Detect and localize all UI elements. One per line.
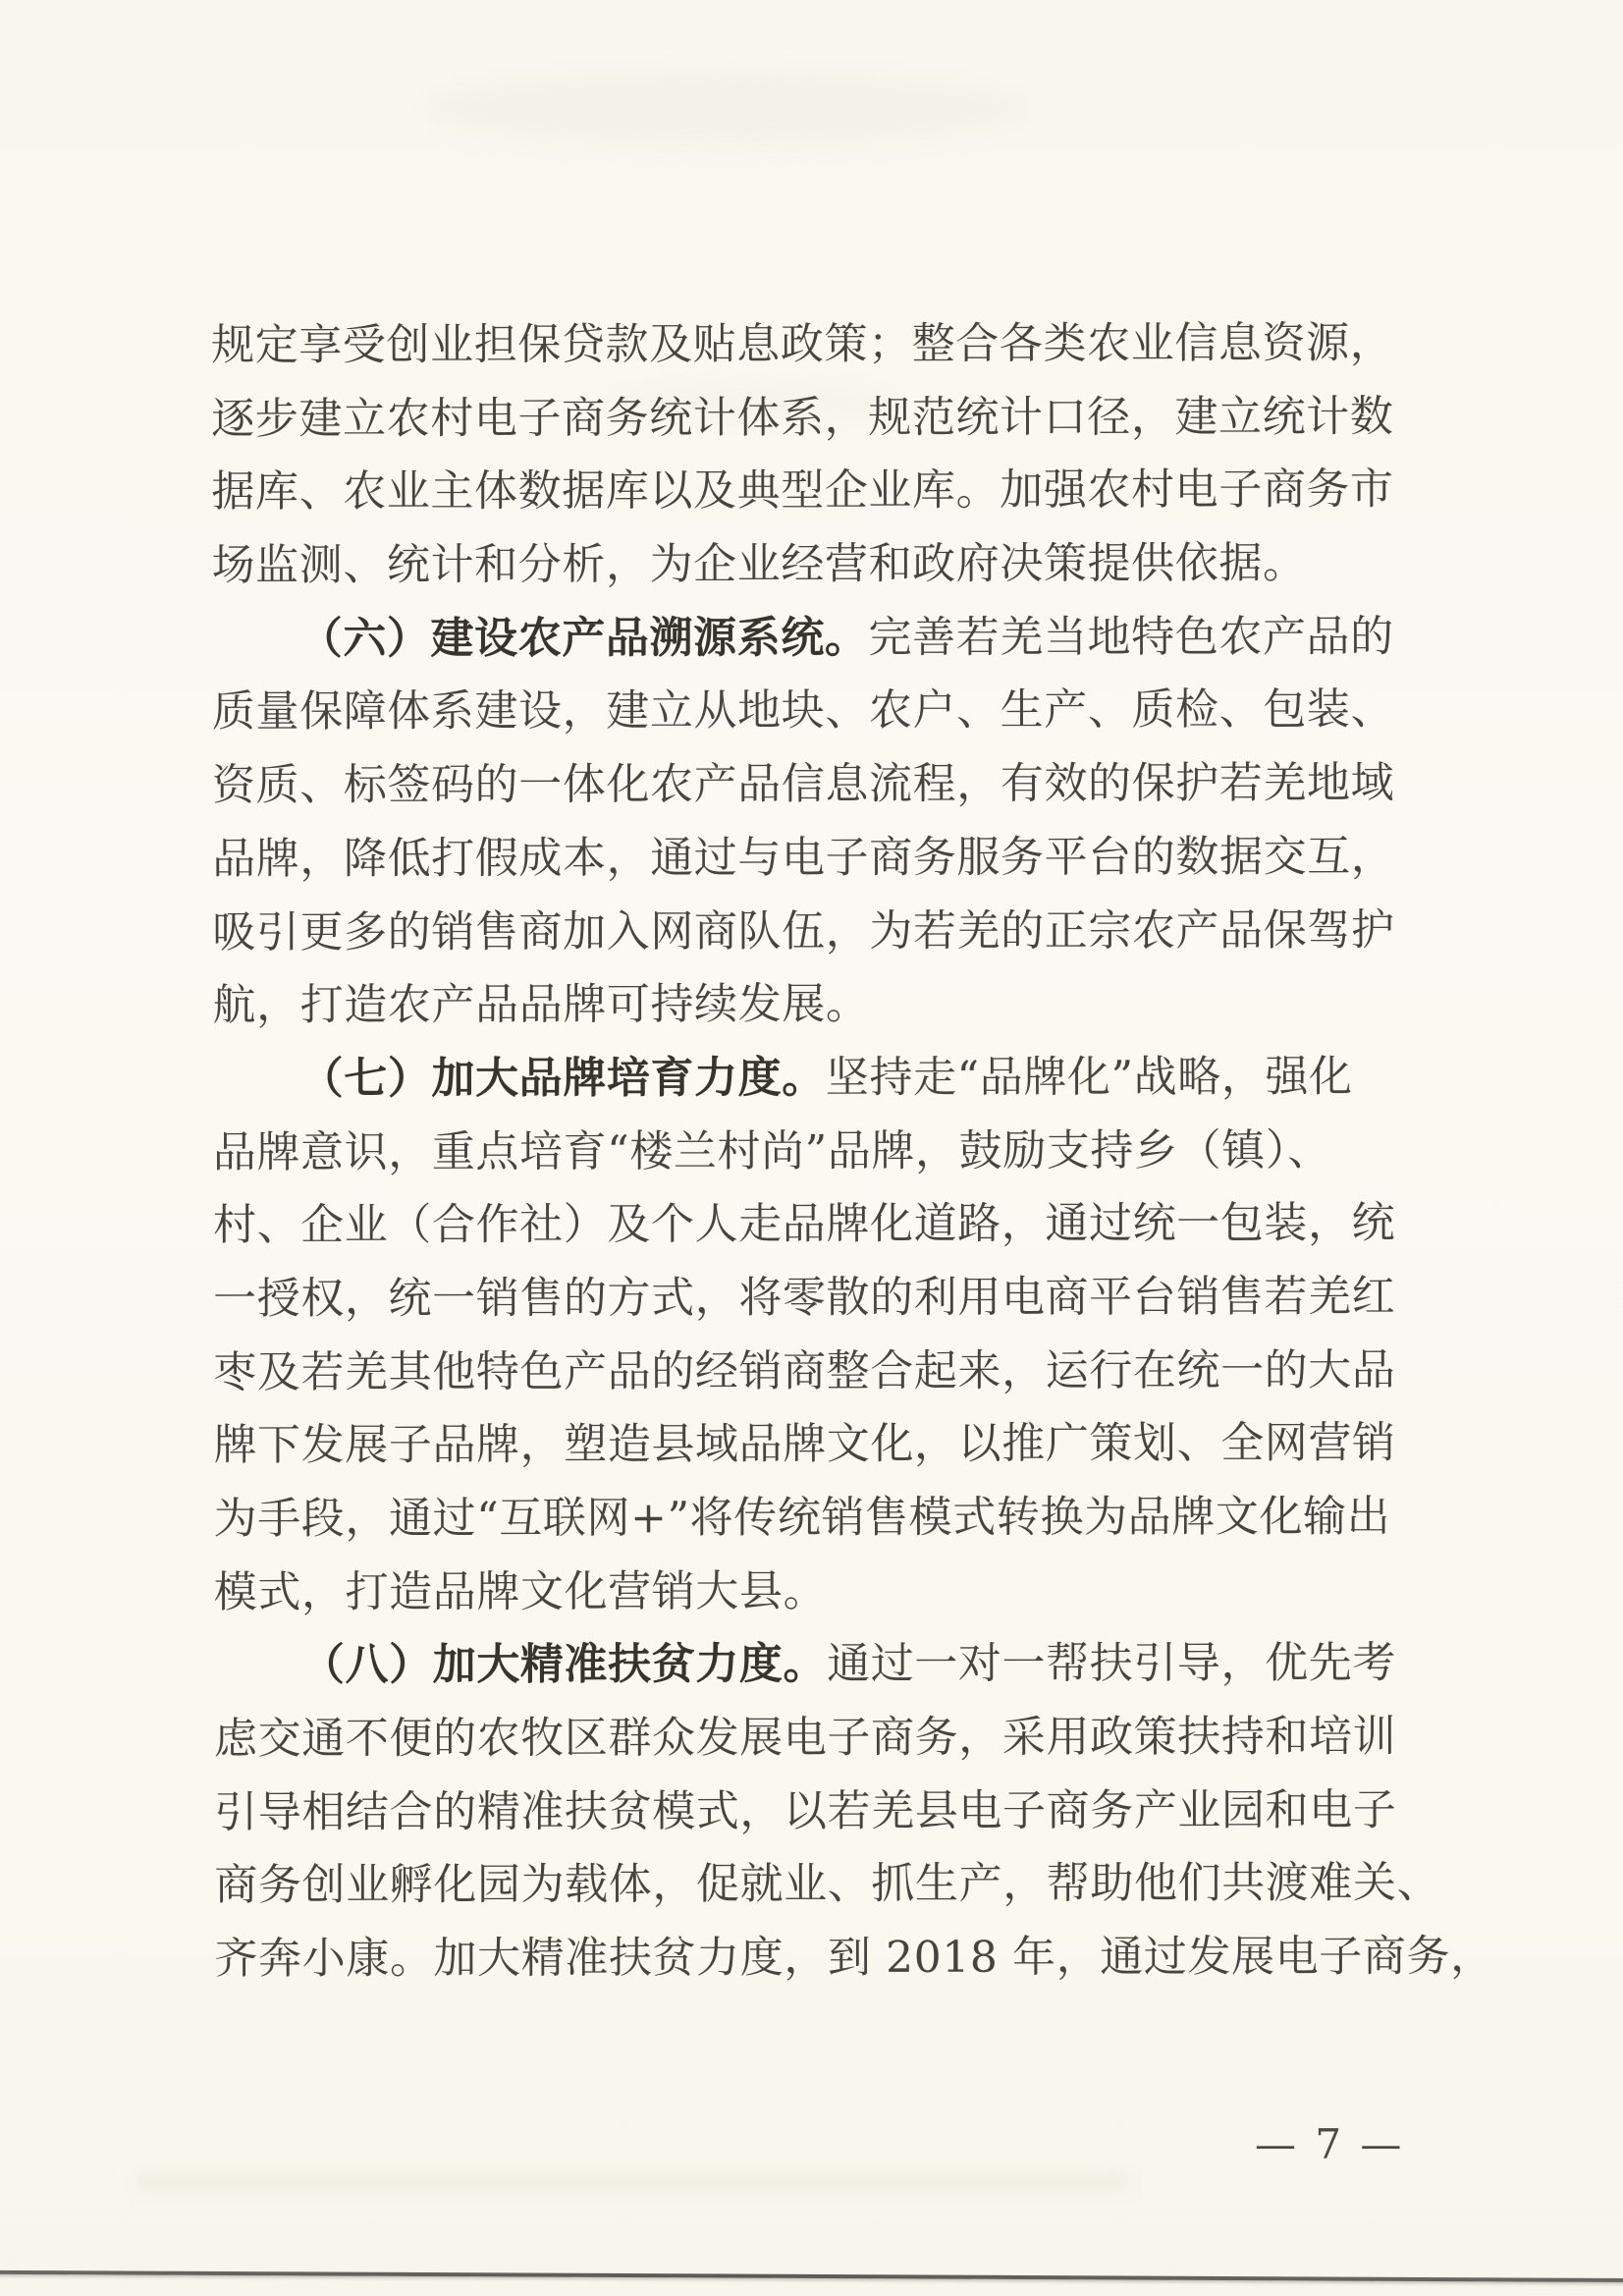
text-line: 品牌意识，重点培育“楼兰村尚”品牌，鼓励支持乡（镇）、 — [213, 1114, 1440, 1189]
item-7-heading: （七）加大品牌培育力度。 — [300, 1053, 826, 1104]
text-line: 航，打造农产品品牌可持续发展。 — [212, 967, 1439, 1043]
text-line: 村、企业（合作社）及个人走品牌化道路，通过统一包装，统 — [213, 1187, 1440, 1263]
text-line: 质量保障体系建设，建立从地块、农户、生产、质检、包装、 — [212, 674, 1439, 749]
text-line: （七）加大品牌培育力度。坚持走“品牌化”战略，强化 — [213, 1041, 1440, 1117]
text-line: 规定享受创业担保贷款及贴息政策；整合各类农业信息资源， — [211, 307, 1438, 383]
text-line: 模式，打造品牌文化营销大县。 — [214, 1554, 1441, 1629]
text-line: 为手段，通过“互联网+”将传统销售模式转换为品牌文化输出 — [214, 1481, 1441, 1557]
page-number: — 7 — — [1255, 2115, 1404, 2174]
paragraph-item-7: （七）加大品牌培育力度。坚持走“品牌化”战略，强化 品牌意识，重点培育“楼兰村尚… — [213, 1041, 1441, 1630]
text-line: 场监测、统计和分析，为企业经营和政府决策提供依据。 — [211, 527, 1438, 603]
paragraph-item-6: （六）建设农产品溯源系统。完善若羌当地特色农产品的 质量保障体系建设，建立从地块… — [212, 600, 1440, 1043]
text-line: 引导相结合的精准扶贫模式，以若羌县电子商务产业园和电子 — [214, 1774, 1441, 1849]
page-bottom-edge — [0, 2270, 1623, 2282]
text-line: 枣及若羌其他特色产品的经销商整合起来，运行在统一的大品 — [213, 1334, 1440, 1409]
text-line: 一授权，统一销售的方式，将零散的利用电商平台销售若羌红 — [213, 1261, 1440, 1337]
text-line: 商务创业孵化园为载体，促就业、抓生产，帮助他们共渡难关、 — [214, 1847, 1441, 1923]
body-text: 规定享受创业担保贷款及贴息政策；整合各类农业信息资源， 逐步建立农村电子商务统计… — [211, 307, 1442, 1996]
scan-artifact — [422, 69, 1031, 147]
text-line: 虑交通不便的农牧区群众发展电子商务，采用政策扶持和培训 — [214, 1701, 1441, 1777]
text-line: （六）建设农产品溯源系统。完善若羌当地特色农产品的 — [212, 600, 1439, 676]
item-6-heading: （六）建设农产品溯源系统。 — [299, 613, 869, 664]
text-line: 资质、标签码的一体化农产品信息流程，有效的保护若羌地域 — [212, 747, 1439, 823]
paragraph-item-8: （八）加大精准扶贫力度。通过一对一帮扶引导，优先考 虑交通不便的农牧区群众发展电… — [214, 1627, 1442, 1996]
text-line: （八）加大精准扶贫力度。通过一对一帮扶引导，优先考 — [214, 1627, 1441, 1703]
paragraph-continuation: 规定享受创业担保贷款及贴息政策；整合各类农业信息资源， 逐步建立农村电子商务统计… — [211, 307, 1439, 603]
text-line: 牌下发展子品牌，塑造县域品牌文化，以推广策划、全网营销 — [213, 1407, 1440, 1483]
text-line: 品牌，降低打假成本，通过与电子商务服务平台的数据交互， — [212, 821, 1439, 897]
item-8-heading: （八）加大精准扶贫力度。 — [301, 1639, 827, 1690]
text-run: 完善若羌当地特色农产品的 — [868, 612, 1393, 663]
text-line: 逐步建立农村电子商务统计体系，规范统计口径，建立统计数 — [211, 380, 1438, 456]
scanned-document-page: 规定享受创业担保贷款及贴息政策；整合各类农业信息资源， 逐步建立农村电子商务统计… — [0, 0, 1623, 2296]
text-line: 据库、农业主体数据库以及典型企业库。加强农村电子商务市 — [211, 454, 1438, 529]
text-run: 通过一对一帮扶引导，优先考 — [827, 1638, 1396, 1689]
text-run: 坚持走“品牌化”战略，强化 — [826, 1052, 1353, 1103]
text-line: 吸引更多的销售商加入网商队伍，为若羌的正宗农产品保驾护 — [212, 894, 1439, 969]
scan-artifact — [137, 2174, 1129, 2190]
text-line: 齐奔小康。加大精准扶贫力度，到 2018 年，通过发展电子商务， — [214, 1921, 1441, 1996]
